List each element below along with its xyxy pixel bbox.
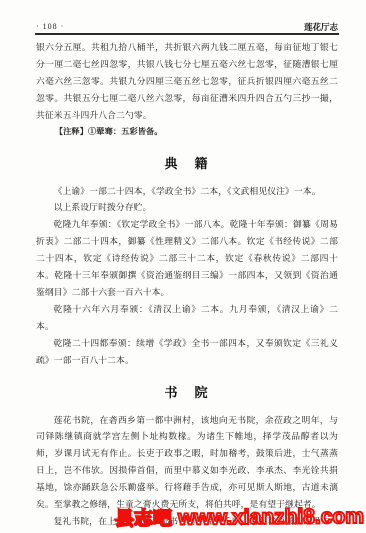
classics-paragraph-storage: 以上系设厅时拨分存贮。	[36, 199, 338, 216]
header-rule	[35, 33, 339, 35]
classics-paragraph-qianlong-24: 乾隆二十四都奉颁：续增《学政》全书一部四本，又奉颁钦定《三礼义疏》一部一百八十二…	[36, 335, 338, 369]
body-text-block: 银六分五厘。共租九拾八桶半，共折银六两九钱二厘五毫，每亩征地丁银七分一厘二毫七丝…	[36, 39, 338, 530]
watermark-site-url: www.xianzhi8.com	[178, 505, 364, 530]
watermark-site-name: 县志吧	[115, 509, 172, 530]
classics-paragraph-qianlong-9: 乾隆九年奉颁：《钦定学政全书》一部八本。乾隆十年奉颁：御纂《周易折衷》二部二十四…	[36, 216, 338, 301]
tax-continuation-paragraph: 银六分五厘。共租九拾八桶半，共折银六两九钱二厘五毫，每亩征地丁银七分一厘二毫七丝…	[36, 39, 338, 124]
section-title-classics: 典 籍	[36, 153, 338, 172]
classics-paragraph-holdings: 《上谕》一部二十四本，《学政全书》二本，《文武相见仪注》一本。	[36, 183, 338, 200]
classics-paragraph-qianlong-16: 乾隆十六年六月奉颁：《清汉上谕》二本。九月奉颁，《清汉上谕》二本。	[36, 301, 338, 335]
watermark: 县志吧www.xianzhi8.com	[115, 504, 364, 533]
running-head: · 108 · 莲花厅志	[36, 20, 338, 32]
page-number: · 108 ·	[36, 22, 64, 32]
academy-paragraph-lianhua: 莲花书院，在砻西乡第一都中洲村，该地向无书院，余莅政之明年，与司铎陈继镇商就学宫…	[36, 412, 338, 513]
scanned-book-page: · 108 · 莲花厅志 银六分五厘。共租九拾八桶半，共折银六两九钱二厘五毫，每…	[0, 0, 366, 533]
book-title: 莲花厅志	[304, 22, 338, 32]
annotation-note: 【注释】①翚骞：五彩皆备。	[36, 124, 338, 140]
section-title-academies: 书 院	[36, 382, 338, 401]
